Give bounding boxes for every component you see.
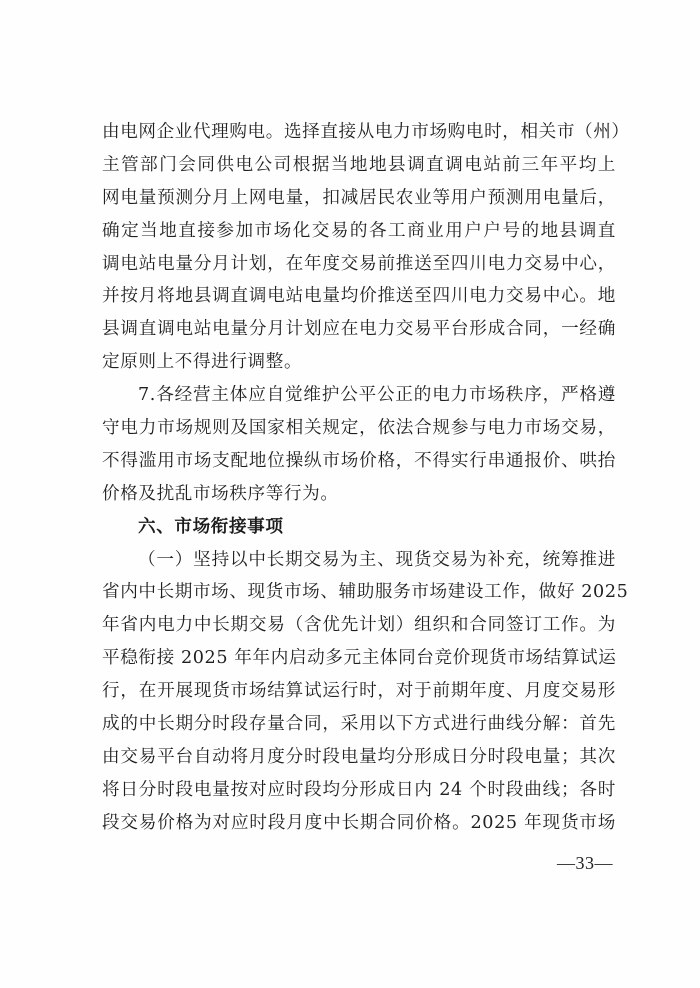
paragraph-line: 并按月将地县调直调电站电量均价推送至四川电力交易中心。地 — [102, 280, 616, 313]
paragraph-line: 确定当地直接参加市场化交易的各工商业用户户号的地县调直 — [102, 215, 616, 248]
paragraph-line: 平稳衔接 2025 年年内启动多元主体同台竞价现货市场结算试运 — [102, 642, 616, 675]
page-number: —33— — [557, 853, 613, 874]
paragraph-line: 省内中长期市场、现货市场、辅助服务市场建设工作，做好 2025 — [102, 576, 616, 609]
document-body: 由电网企业代理购电。选择直接从电力市场购电时，相关市（州） 主管部门会同供电公司… — [102, 116, 616, 840]
paragraph-line: 主管部门会同供电公司根据当地地县调直调电站前三年平均上 — [102, 149, 616, 182]
paragraph-line: 网电量预测分月上网电量，扣减居民农业等用户预测用电量后， — [102, 182, 616, 215]
paragraph-line: 成的中长期分时段存量合同，采用以下方式进行曲线分解：首先 — [102, 708, 616, 741]
paragraph-line: 不得滥用市场支配地位操纵市场价格，不得实行串通报价、哄抬 — [102, 445, 616, 478]
paragraph-line: 守电力市场规则及国家相关规定，依法合规参与电力市场交易， — [102, 412, 616, 445]
section-heading: 六、市场衔接事项 — [102, 511, 616, 544]
paragraph-line: 将日分时段电量按对应时段均分形成日内 24 个时段曲线；各时 — [102, 774, 616, 807]
paragraph-line: 定原则上不得进行调整。 — [102, 346, 616, 379]
paragraph-line: 价格及扰乱市场秩序等行为。 — [102, 478, 616, 511]
paragraph-line: 调电站电量分月计划，在年度交易前推送至四川电力交易中心， — [102, 248, 616, 281]
paragraph-line: 段交易价格为对应时段月度中长期合同价格。2025 年现货市场 — [102, 807, 616, 840]
paragraph-line: 年省内电力中长期交易（含优先计划）组织和合同签订工作。为 — [102, 609, 616, 642]
paragraph-line-item-7: 7.各经营主体应自觉维护公平公正的电力市场秩序，严格遵 — [102, 379, 616, 412]
paragraph-line-subsection-1: （一）坚持以中长期交易为主、现货交易为补充，统筹推进 — [102, 544, 616, 577]
document-page: 由电网企业代理购电。选择直接从电力市场购电时，相关市（州） 主管部门会同供电公司… — [0, 0, 700, 988]
paragraph-line: 行，在开展现货市场结算试运行时，对于前期年度、月度交易形 — [102, 675, 616, 708]
paragraph-line: 县调直调电站电量分月计划应在电力交易平台形成合同，一经确 — [102, 313, 616, 346]
paragraph-line: 由交易平台自动将月度分时段电量均分形成日分时段电量；其次 — [102, 741, 616, 774]
paragraph-line: 由电网企业代理购电。选择直接从电力市场购电时，相关市（州） — [102, 116, 616, 149]
